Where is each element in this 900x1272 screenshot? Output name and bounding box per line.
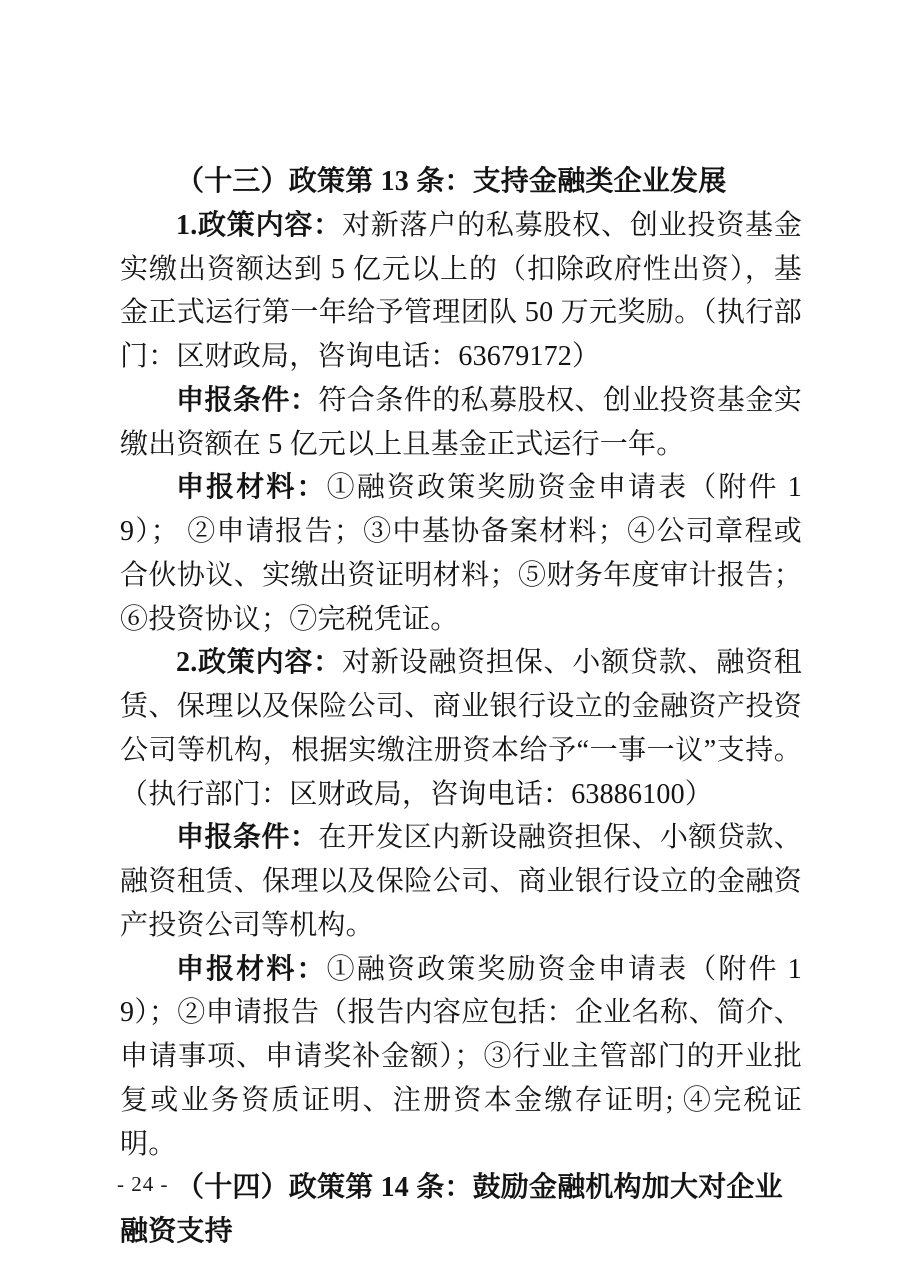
section-heading: （十三）政策第 13 条：支持金融类企业发展 bbox=[120, 160, 802, 204]
paragraph-label: 2.政策内容： bbox=[176, 647, 342, 678]
paragraph: 申报条件：在开发区内新设融资担保、小额贷款、融资租赁、保理以及保险公司、商业银行… bbox=[120, 816, 802, 947]
paragraph: 申报材料：①融资政策奖励资金申请表（附件 19）；②申请报告（报告内容应包括：企… bbox=[120, 948, 802, 1167]
paragraph: 申报条件：符合条件的私募股权、创业投资基金实缴出资额在 5 亿元以上且基金正式运… bbox=[120, 379, 802, 467]
paragraph: 1.政策内容：对新落户的私募股权、创业投资基金实缴出资额达到 5 亿元以上的（扣… bbox=[120, 204, 802, 379]
paragraph: 申报材料：①融资政策奖励资金申请表（附件 19）； ②申请报告；③中基协备案材料… bbox=[120, 466, 802, 641]
document-page: （十三）政策第 13 条：支持金融类企业发展1.政策内容：对新落户的私募股权、创… bbox=[0, 0, 900, 1272]
paragraph-label: 申报条件： bbox=[176, 822, 318, 853]
page-number: - 24 - bbox=[117, 1172, 169, 1197]
section-heading: （十四）政策第 14 条：鼓励金融机构加大对企业融资支持 bbox=[120, 1166, 802, 1254]
document-content: （十三）政策第 13 条：支持金融类企业发展1.政策内容：对新落户的私募股权、创… bbox=[120, 160, 802, 1254]
paragraph: 2.政策内容：对新设融资担保、小额贷款、融资租赁、保理以及保险公司、商业银行设立… bbox=[120, 641, 802, 816]
paragraph-label: 1.政策内容： bbox=[176, 210, 342, 241]
paragraph-label: 申报材料： bbox=[176, 954, 327, 985]
paragraph-label: 申报材料： bbox=[176, 472, 327, 503]
paragraph-label: 申报条件： bbox=[176, 385, 318, 416]
